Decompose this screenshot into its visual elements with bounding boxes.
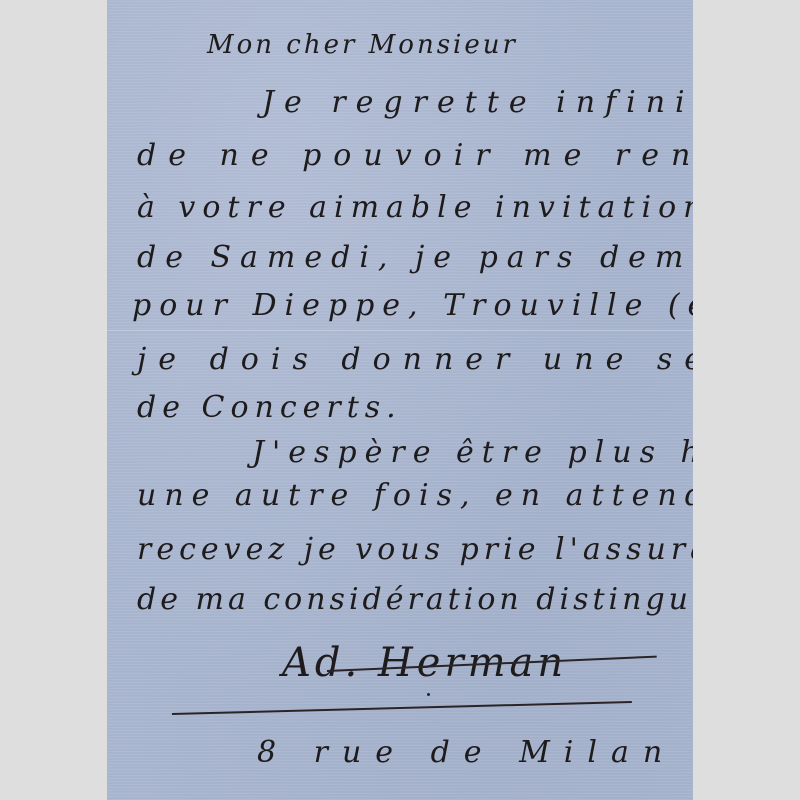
salutation: Mon cher Monsieur	[207, 30, 518, 60]
fold-crease	[107, 330, 693, 332]
letter-line-7: de Concerts.	[137, 390, 402, 425]
letter-line-8: J'espère être plus heureux	[252, 435, 693, 470]
address: 8 rue de Milan	[257, 735, 676, 770]
signature-dot	[427, 693, 430, 696]
letter-line-10: recevez je vous prie l'assurance	[137, 532, 693, 567]
letter-line-5: pour Dieppe, Trouville (etc.)	[132, 288, 693, 323]
letter-line-1: Je regrette infiniment	[262, 85, 693, 120]
viewer-background: Mon cher Monsieur Je regrette infiniment…	[0, 0, 800, 800]
letter-line-3: à votre aimable invitation	[137, 190, 693, 225]
letter-line-6: je dois donner une série	[137, 342, 693, 377]
letter-line-11: de ma considération distinguée	[137, 582, 693, 617]
letter-page: Mon cher Monsieur Je regrette infiniment…	[107, 0, 693, 800]
letter-line-9: une autre fois, en attendant	[137, 478, 693, 513]
signature-flourish-2	[172, 701, 632, 715]
letter-line-4: de Samedi, je pars demain	[137, 240, 693, 275]
letter-line-2: de ne pouvoir me rendre	[137, 138, 693, 173]
